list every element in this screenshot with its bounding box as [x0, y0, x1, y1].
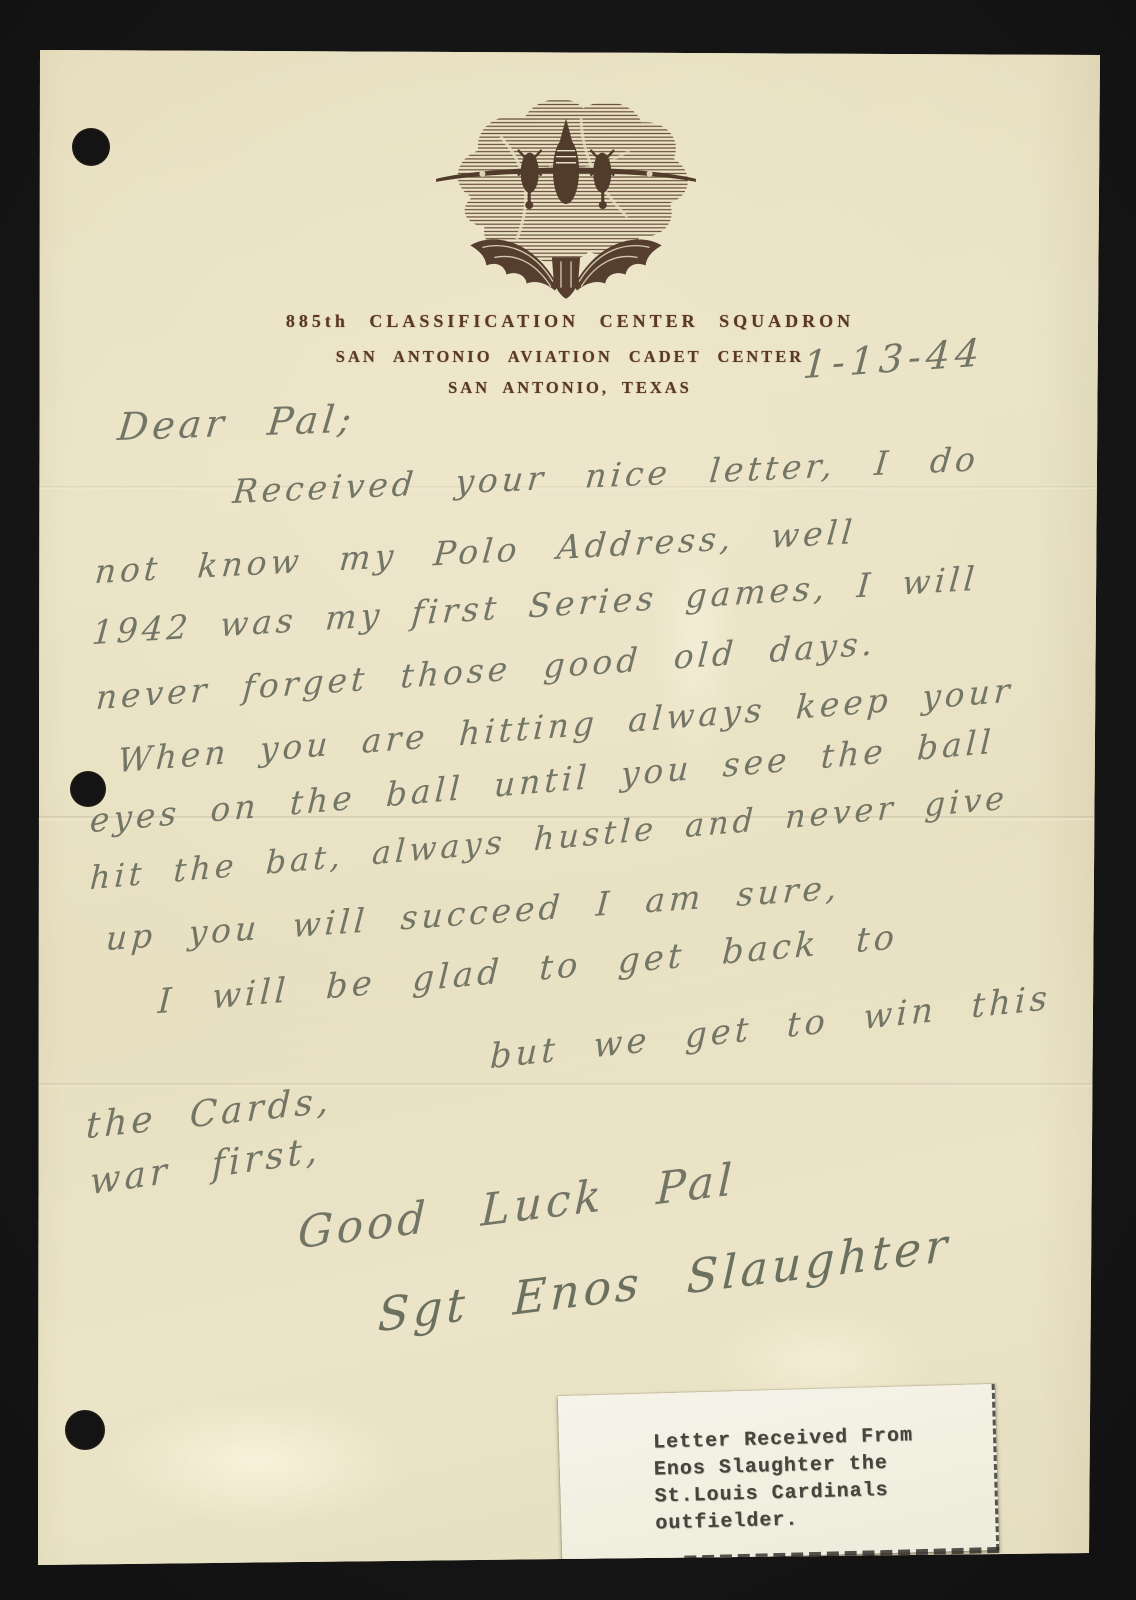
caption-line: St.Louis Cardinals — [654, 1479, 889, 1509]
letter-paper: 885th CLASSIFICATION CENTER SQUADRON SAN… — [0, 0, 1136, 1600]
caption-line: Enos Slaughter the — [654, 1452, 889, 1482]
caption-line: Letter Received From — [653, 1424, 914, 1454]
salutation: Dear Pal; — [116, 397, 358, 449]
caption-line: outfielder. — [655, 1508, 799, 1535]
letterhead-unit-line: 885th CLASSIFICATION CENTER SQUADRON — [38, 311, 1102, 332]
punch-hole — [72, 128, 110, 166]
closing-line: Good Luck Pal — [297, 1154, 737, 1259]
handwritten-line: Received your nice letter, I do — [231, 439, 981, 511]
photo-background: 885th CLASSIFICATION CENTER SQUADRON SAN… — [0, 0, 1136, 1600]
letterhead-city-line: SAN ANTONIO, TEXAS — [38, 378, 1102, 398]
handwritten-line: but we get to win this — [489, 978, 1051, 1077]
typed-caption-label: Letter Received From Enos Slaughter the … — [558, 1384, 999, 1562]
fold-crease — [38, 1083, 1100, 1087]
airplane-clouds-pilot-wings-emblem-icon — [430, 88, 702, 308]
punch-hole — [65, 1410, 105, 1450]
